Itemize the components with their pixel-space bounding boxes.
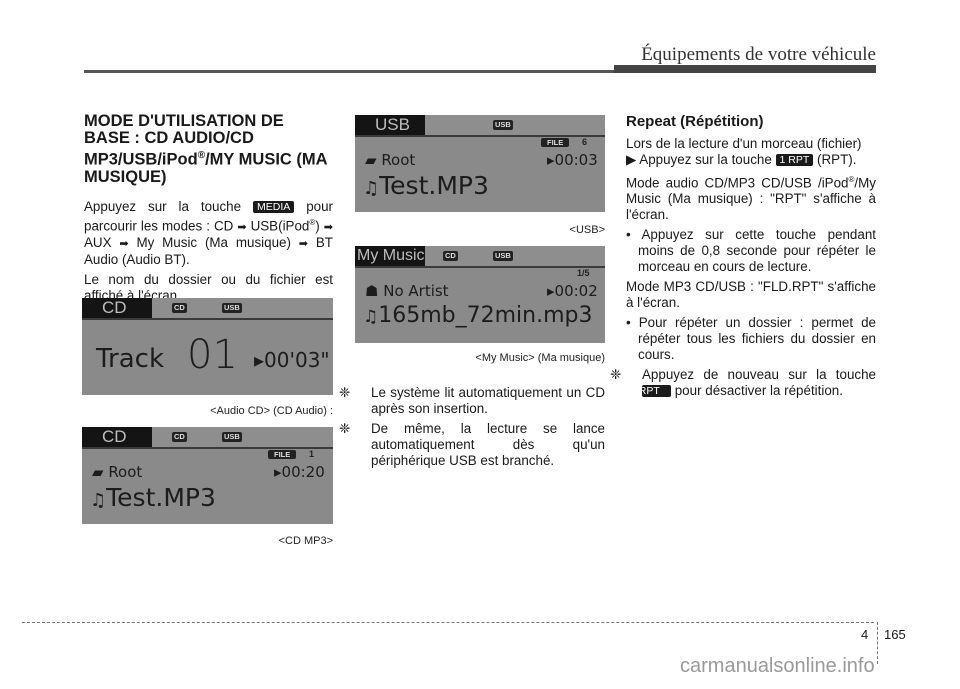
song-name: ♫Test.MP3 (363, 171, 489, 200)
usb-badge: USB (493, 251, 513, 261)
arrow-icon: ➡ (237, 221, 246, 233)
left-column: MODE D'UTILISATION DE BASE : CD AUDIO/CD… (84, 113, 333, 308)
folder-icon: ▰ (92, 463, 108, 481)
fld-rpt-paragraph: Mode MP3 CD/USB : "FLD.RPT" s'affiche à … (626, 279, 876, 311)
main-heading: MODE D'UTILISATION DE BASE : CD AUDIO/CD… (84, 113, 333, 186)
section-title: Équipements de votre véhicule (641, 44, 876, 66)
header-rule (84, 70, 614, 73)
my-music-screen: My Music CD USB 1/5 ☗ No Artist ▸00:02 ♫… (355, 246, 605, 343)
music-note-icon: ♫ (90, 490, 106, 511)
artist-icon: ☗ (365, 282, 383, 300)
usb-screen: USB USB FILE 6 ▰ Root ▸00:03 ♫Test.MP3 (355, 115, 605, 212)
note-item: ❈Appuyez de nouveau sur la touche 1 RPT … (626, 367, 876, 399)
mode-label: CD (82, 298, 152, 318)
audio-cd-screen: CD CD USB Track 01 ▸00'03" (82, 298, 333, 395)
music-note-icon: ♫ (363, 178, 379, 199)
mode-paragraph: Appuyez sur la touche MEDIA pour parcour… (84, 199, 333, 268)
track-number: 01 (187, 332, 238, 378)
header-rule-accent (614, 65, 876, 73)
mode-label: CD (82, 427, 152, 447)
repeat-intro: Lors de la lecture d'un morceau (fichier… (626, 136, 876, 152)
track-count: 1/5 (577, 268, 590, 278)
footer-divider (877, 622, 878, 664)
arrow-icon: ➡ (324, 221, 333, 233)
usb-badge: USB (493, 120, 513, 130)
note-item: ❈De même, la lecture se lance automatiqu… (355, 421, 605, 469)
watermark: carmanualsonline.info (680, 655, 875, 678)
mode-label: USB (355, 115, 425, 135)
repeat-instruction: ▶ Appuyez sur la touche 1 RPT (RPT). (626, 152, 876, 168)
caption-cd-mp3: <CD MP3> (82, 535, 333, 547)
chapter-number: 4 (861, 627, 868, 642)
middle-notes: ❈Le système lit automatiquement un CD ap… (355, 385, 605, 473)
usb-badge: USB (222, 303, 242, 313)
caption-usb: <USB> (355, 224, 605, 236)
right-column: Repeat (Répétition) Lors de la lecture d… (626, 113, 876, 403)
artist-name: ☗ No Artist (365, 282, 449, 300)
note-icon: ❈ (626, 367, 642, 383)
folder-name: ▰ Root (365, 151, 415, 169)
repeat-heading: Repeat (Répétition) (626, 113, 876, 130)
rpt-key: 1 RPT (642, 385, 671, 397)
footer-rule (22, 622, 874, 623)
arrow-icon: ➡ (119, 238, 128, 250)
note-icon: ❈ (355, 385, 371, 401)
elapsed-time: ▸00:02 (547, 282, 598, 300)
elapsed-time: ▸00'03" (254, 348, 330, 372)
cd-badge: CD (172, 303, 187, 313)
file-number: 1 (309, 449, 314, 459)
page-number: 165 (884, 627, 906, 642)
cd-badge: CD (172, 432, 187, 442)
file-badge: FILE (268, 450, 296, 459)
caption-audio-cd: <Audio CD> (CD Audio) : (82, 405, 333, 417)
folder-name: ▰ Root (92, 463, 142, 481)
song-name: ♫165mb_72min.mp3 (363, 303, 593, 328)
rpt-mode-paragraph: Mode audio CD/MP3 CD/USB /iPod®/My Music… (626, 172, 876, 223)
media-key: MEDIA (253, 201, 294, 213)
song-name: ♫Test.MP3 (90, 483, 216, 512)
elapsed-time: ▸00:20 (274, 463, 325, 481)
note-icon: ❈ (355, 421, 371, 437)
note-item: ❈Le système lit automatiquement un CD ap… (355, 385, 605, 417)
bullet-item: • Pour répéter un dossier : permet de ré… (626, 315, 876, 363)
elapsed-time: ▸00:03 (547, 151, 598, 169)
caption-my-music: <My Music> (Ma musique) (355, 352, 605, 364)
file-number: 6 (582, 137, 587, 147)
track-label: Track (96, 344, 164, 374)
folder-icon: ▰ (365, 151, 381, 169)
mode-label: My Music (355, 246, 425, 266)
usb-badge: USB (222, 432, 242, 442)
cd-mp3-screen: CD CD USB FILE 1 ▰ Root ▸00:20 ♫Test.MP3 (82, 427, 333, 524)
rpt-key: 1 RPT (776, 154, 814, 166)
cd-badge: CD (443, 251, 458, 261)
bullet-item: • Appuyez sur cette touche pendant moins… (626, 227, 876, 275)
arrow-icon: ➡ (299, 238, 308, 250)
file-badge: FILE (541, 138, 569, 147)
music-note-icon: ♫ (363, 307, 378, 327)
